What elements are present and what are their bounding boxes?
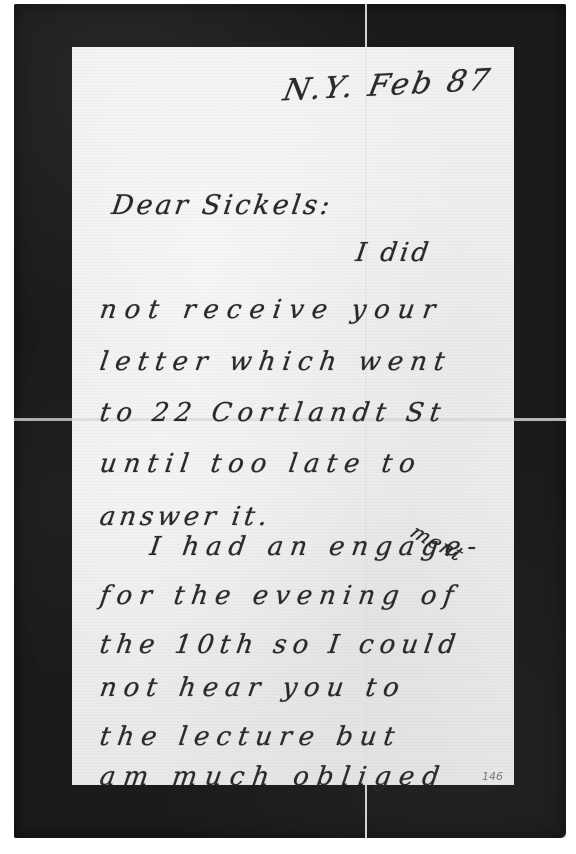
letter-line-10: not hear you to xyxy=(98,673,408,703)
letter-line-1: I did xyxy=(354,238,433,268)
letter-line-4: to 22 Cortlandt St xyxy=(98,398,449,428)
letter-salutation: Dear Sickels: xyxy=(110,190,335,221)
letter-line-5: until too late to xyxy=(98,449,424,479)
letter-line-2: not receive your xyxy=(98,295,445,325)
archive-page-number: 146 xyxy=(482,770,503,783)
letter-line-11: the lecture but xyxy=(98,722,403,752)
letter-line-8: for the evening of xyxy=(98,581,462,611)
letter-line-12: am much obliged xyxy=(98,762,449,792)
letter-line-9: the 10th so I could xyxy=(98,630,463,660)
letter-line-3: letter which went xyxy=(98,347,454,377)
letter-line-6: answer it. xyxy=(98,502,273,532)
